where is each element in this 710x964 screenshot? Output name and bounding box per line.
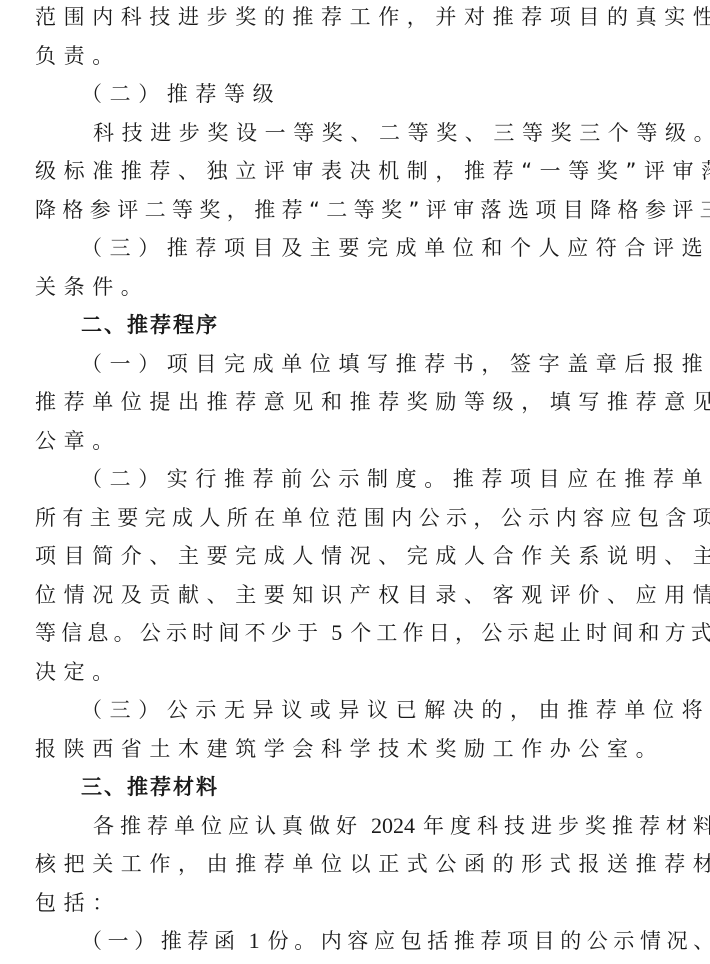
text-line: 范围内科技进步奖的推荐工作，并对推荐项目的真实性和准确性	[35, 0, 680, 37]
text-segment: 各推荐单位应认真做好	[93, 814, 363, 838]
text-line: 公章。	[35, 422, 680, 461]
subsection-heading: （二）推荐等级	[35, 75, 680, 114]
paragraph-start: （二）实行推荐前公示制度。推荐项目应在推荐单位、项目	[35, 460, 680, 499]
document-page: 范围内科技进步奖的推荐工作，并对推荐项目的真实性和准确性 负责。 （二）推荐等级…	[35, 0, 680, 961]
number-value: 5	[331, 620, 342, 645]
text-line: 包括：	[35, 884, 680, 923]
paragraph-start: 各推荐单位应认真做好2024年度科技进步奖推荐材料的审	[35, 807, 680, 846]
text-line: 决定。	[35, 653, 680, 692]
text-line: 位情况及贡献、主要知识产权目录、客观评价、应用情况及效益	[35, 576, 680, 615]
text-line: 核把关工作，由推荐单位以正式公函的形式报送推荐材料，材料	[35, 845, 680, 884]
text-line: 关条件。	[35, 268, 680, 307]
text-segment: 份。内容应包括推荐项目的公示情况、项目	[268, 929, 710, 953]
text-line: 报陕西省土木建筑学会科学技术奖励工作办公室。	[35, 730, 680, 769]
text-segment: 年度科技进步奖推荐材料的审	[423, 814, 710, 838]
text-line: 项目简介、主要完成人情况、完成人合作关系说明、主要完成单	[35, 537, 680, 576]
paragraph-start: 科技进步奖设一等奖、二等奖、三等奖三个等级。实行按等	[35, 114, 680, 153]
paragraph-start: （一）项目完成单位填写推荐书，签字盖章后报推荐单位，	[35, 345, 680, 384]
text-segment: （一）推荐函	[81, 929, 241, 953]
paragraph-start: （三）公示无异议或异议已解决的，由推荐单位将推荐材料	[35, 691, 680, 730]
section-heading: 二、推荐程序	[35, 306, 680, 345]
text-line: 级标准推荐、独立评审表决机制，推荐“一等奖”评审落选项目	[35, 152, 680, 191]
text-segment: 个工作日，公示起止时间和方式自行	[350, 621, 710, 645]
paragraph-start: （三）推荐项目及主要完成单位和个人应符合评选办法中有	[35, 229, 680, 268]
section-heading: 三、推荐材料	[35, 768, 680, 807]
text-line: 降格参评二等奖，推荐“二等奖”评审落选项目降格参评三等奖。	[35, 191, 680, 230]
text-line: 等信息。公示时间不少于5个工作日，公示起止时间和方式自行	[35, 614, 680, 653]
text-line: 推荐单位提出推荐意见和推荐奖励等级，填写推荐意见表并加盖	[35, 383, 680, 422]
paragraph-start: （一）推荐函1份。内容应包括推荐项目的公示情况、项目	[35, 922, 680, 961]
text-line: 负责。	[35, 37, 680, 76]
text-segment: 等信息。公示时间不少于	[35, 621, 323, 645]
text-line: 所有主要完成人所在单位范围内公示，公示内容应包含项目名称、	[35, 499, 680, 538]
year-value: 2024	[371, 813, 415, 838]
number-value: 1	[249, 928, 260, 953]
